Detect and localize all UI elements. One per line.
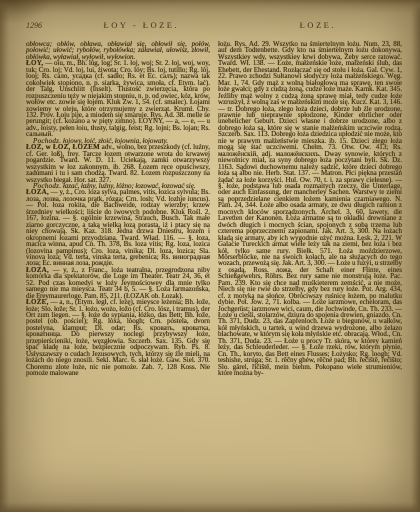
entry-text: — oiu, m., Bh. lůg, log; Sr. 1. łoj, woj… (26, 59, 210, 138)
page-number: 1296 (26, 21, 57, 30)
dictionary-entry-loy: ŁOY, — oiu, m., Bh. lůg, log; Sr. 1. łoj… (26, 60, 210, 137)
entry-text: adv., wolno, bez przeszkody (cf. luźny, … (26, 143, 210, 183)
dictionary-entry-loze: ŁOŻE, — a, n., (Etym. legł, cf. leżę), m… (26, 299, 210, 376)
left-column: obłowca; obłów, obława, obławiał się, ob… (26, 41, 210, 377)
dictionary-entry-loza-willow: ŁOZA, — y, ż., Cro. loza sylva, palmes, … (26, 189, 210, 266)
running-head-right: ŁOZE. (234, 20, 402, 30)
entry-text: — y, ż., z Franc., loża teatralna, przeg… (26, 266, 210, 300)
dictionary-entry-loze-continuation: łożu. Rys. Ad. 29. Wszytko na śmiertelny… (218, 41, 402, 377)
entry-text: — a, n., (Etym. legł, cf. leżę), mieysce… (26, 298, 210, 377)
dictionary-entry-loza-loge: ŁOZA, — y, ż., z Franc., loża teatralna,… (26, 267, 210, 299)
entry-text: łożu. Rys. Ad. 29. Wszytko na śmiertelny… (218, 40, 402, 377)
running-head: 1296 ŁOY - ŁOZE. ŁOZE. (0, 0, 420, 34)
running-head-left: ŁOY - ŁOZE. (57, 20, 225, 30)
dictionary-paragraph-continuation: obłowca; obłów, obława, obławiał się, ob… (26, 41, 210, 60)
entry-text: obłowca; obłów, obława, obławiał się, ob… (26, 40, 210, 61)
entry-text: — y, ż., Cro. loza sylva, palmes, vitis,… (26, 188, 210, 267)
scanned-dictionary-page: 1296 ŁOY - ŁOZE. ŁOZE. obłowca; obłów, o… (0, 0, 420, 512)
dictionary-entry-loz: ŁOZ, w ŁOZ, ŁOZEM adv., wolno, bez przes… (26, 144, 210, 183)
text-columns: obłowca; obłów, obława, obławiał się, ob… (0, 34, 420, 377)
right-column: łożu. Rys. Ad. 29. Wszytko na śmiertelny… (218, 41, 402, 377)
